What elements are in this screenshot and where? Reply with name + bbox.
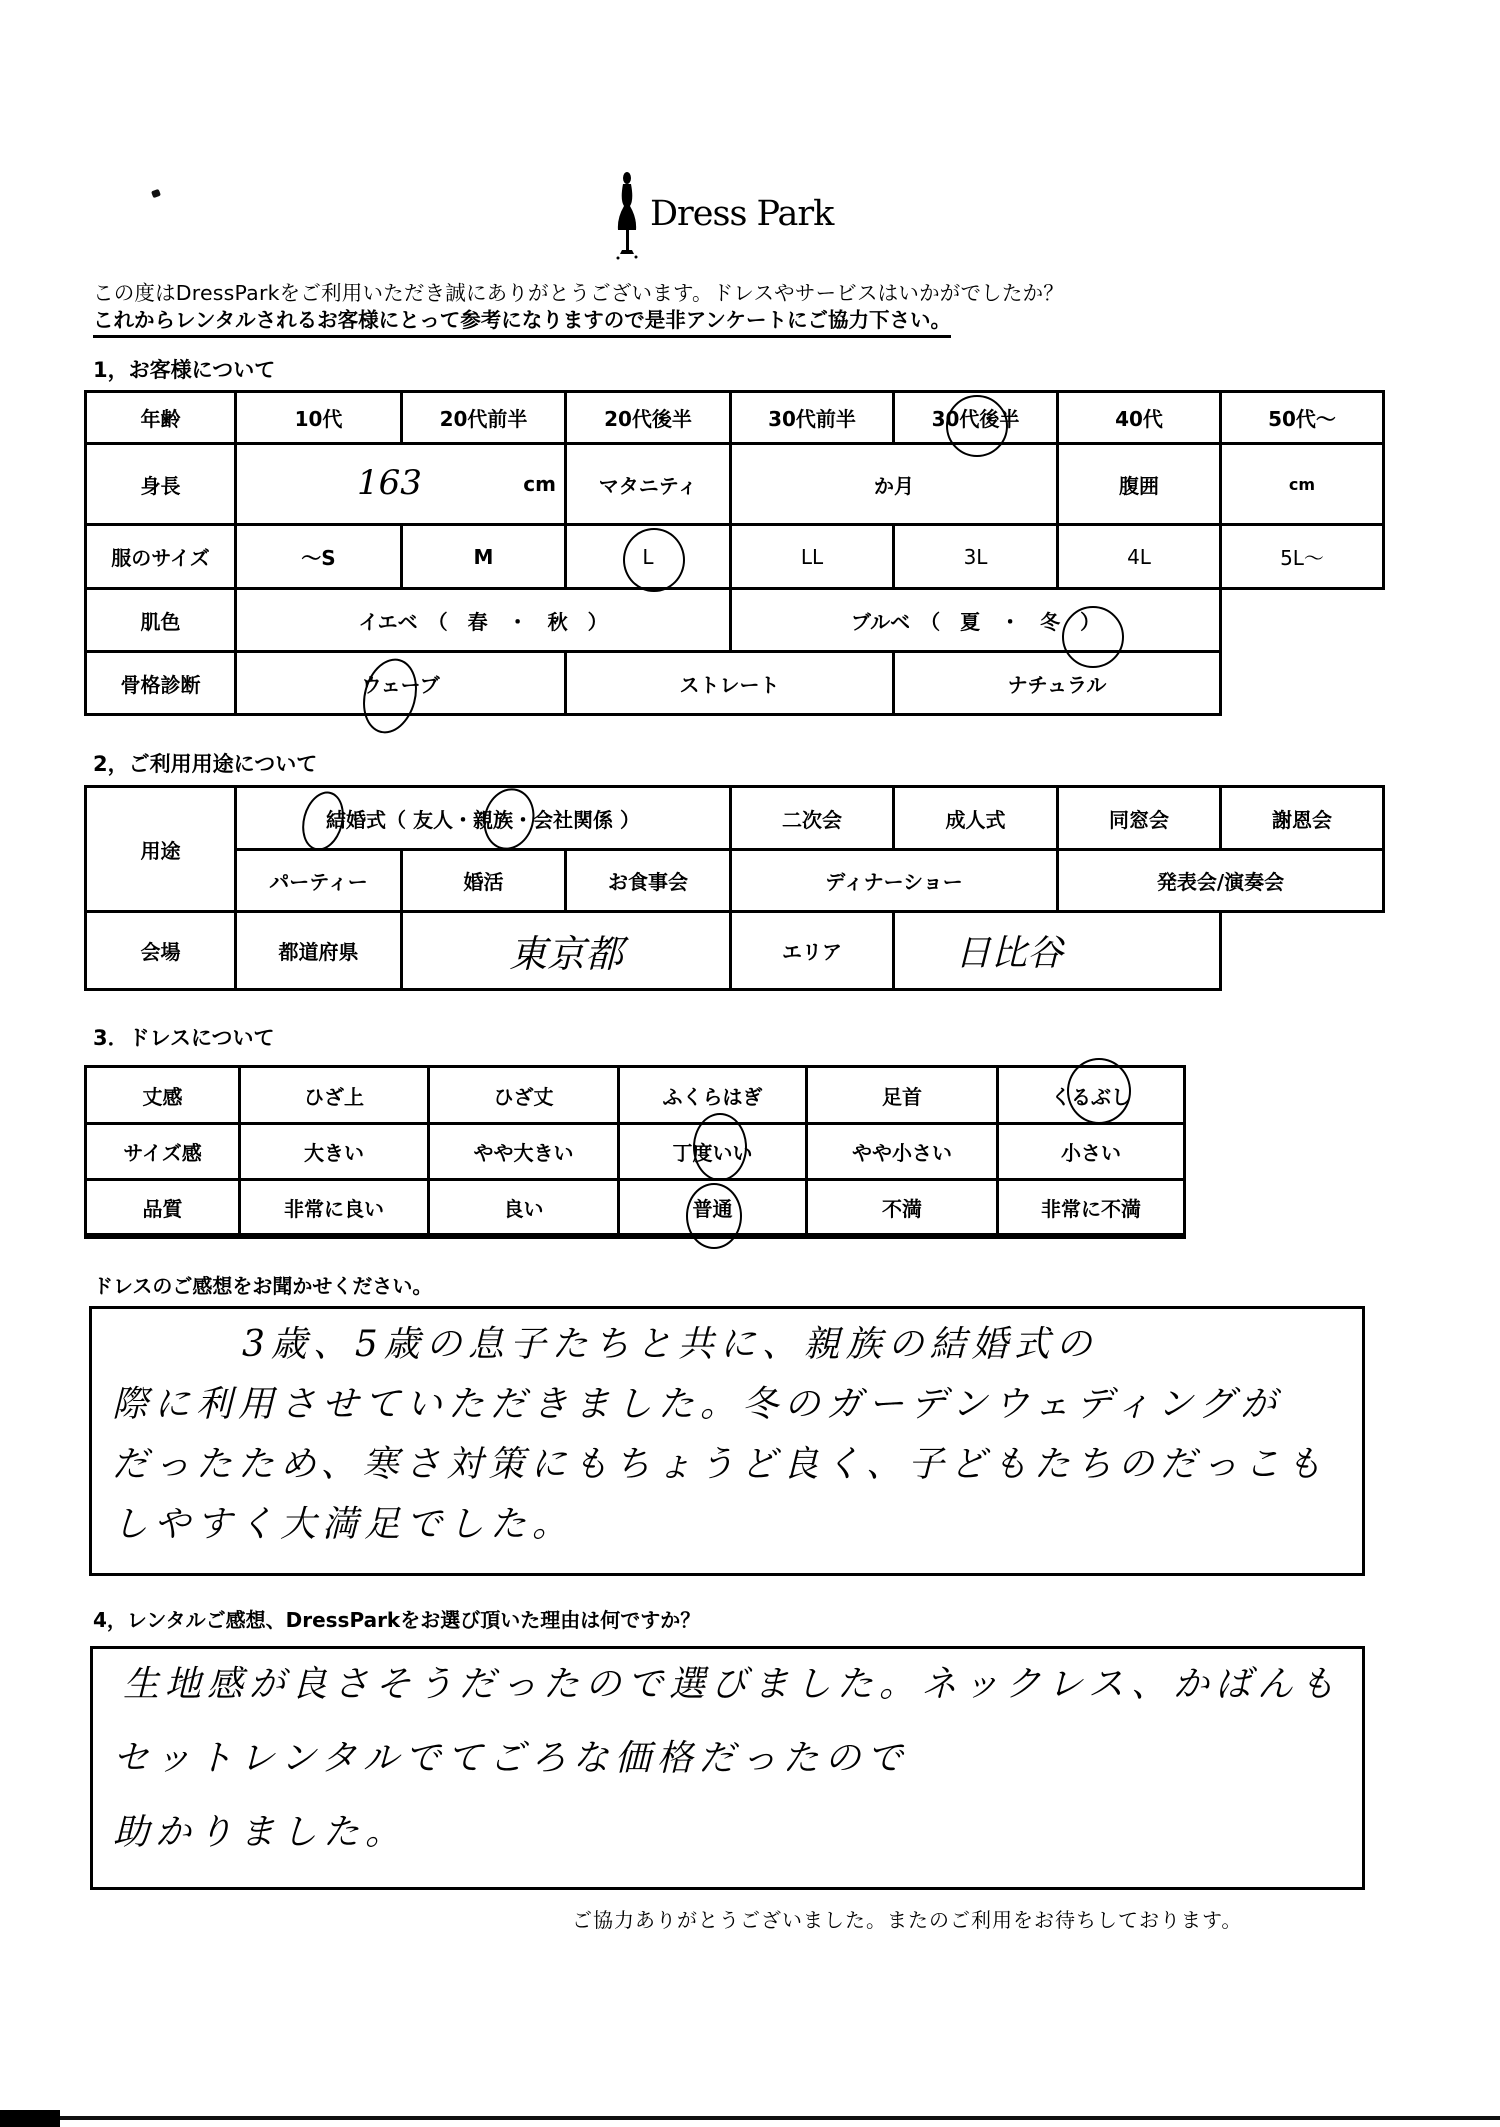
intro-text: この度はDressParkをご利用いただき誠にありがとうございます。ドレスやサー… xyxy=(93,276,1064,306)
size-option[interactable]: M xyxy=(400,523,567,590)
request-text: これからレンタルされるお客様にとって参考になりますので是非アンケートにご協力下さ… xyxy=(93,303,951,338)
length-option[interactable]: ひざ上 xyxy=(238,1065,430,1125)
section4-title: 4，レンタルご感想、DressParkをお選び頂いた理由は何ですか？ xyxy=(93,1604,700,1633)
fit-option[interactable]: 小さい xyxy=(996,1122,1186,1181)
length-option[interactable]: 足首 xyxy=(805,1065,999,1125)
length-option[interactable]: ふくらはぎ xyxy=(617,1065,808,1125)
purpose-option[interactable]: 二次会 xyxy=(729,785,895,851)
fit-option[interactable]: やや小さい xyxy=(805,1122,999,1181)
quality-option[interactable]: 非常に良い xyxy=(238,1178,430,1239)
age-option-selected[interactable]: 30代後半 xyxy=(892,390,1059,445)
skin-blue-option[interactable]: ブルベ （ 夏 ・ 冬 ） xyxy=(729,587,1222,653)
fit-option[interactable]: 大きい xyxy=(238,1122,430,1181)
age-option[interactable]: 20代後半 xyxy=(564,390,732,445)
fit-label: サイズ感 xyxy=(84,1122,241,1181)
dress-comment-box[interactable]: 3歳、5歳の息子たちと共に、親族の結婚式の 際に利用させていただきました。冬のガ… xyxy=(89,1306,1365,1576)
section2-title: 2，ご利用用途について xyxy=(93,748,317,778)
height-field[interactable]: 163 cm xyxy=(234,442,567,526)
length-option-selected[interactable]: くるぶし xyxy=(996,1065,1186,1125)
comment-line: だったため、寒さ対策にもちょうど良く、子どもたちのだっこも xyxy=(112,1437,1328,1493)
purpose-option[interactable]: ディナーショー xyxy=(729,848,1059,913)
purpose-option[interactable]: 発表会/演奏会 xyxy=(1056,848,1385,913)
frame-option[interactable]: ストレート xyxy=(564,650,895,716)
age-option[interactable]: 10代 xyxy=(234,390,403,445)
length-label: 丈感 xyxy=(84,1065,241,1125)
frame-option[interactable]: ナチュラル xyxy=(892,650,1222,716)
age-option[interactable]: 40代 xyxy=(1056,390,1222,445)
fit-option-selected[interactable]: 丁度いい xyxy=(617,1122,808,1181)
comment-line: しやすく大満足でした。 xyxy=(112,1497,574,1553)
dress-form-icon xyxy=(612,170,642,260)
purpose-option[interactable]: 同窓会 xyxy=(1056,785,1222,851)
section1-title: 1，お客様について xyxy=(93,354,275,384)
thank-you-footer: ご協力ありがとうございました。またのご利用をお待ちしております。 xyxy=(572,1904,1242,1933)
size-option[interactable]: ～S xyxy=(234,523,403,590)
size-option[interactable]: 3L xyxy=(892,523,1059,590)
size-label: 服のサイズ xyxy=(84,523,237,590)
height-value: 163 xyxy=(357,463,422,503)
quality-label: 品質 xyxy=(84,1178,241,1239)
purpose-option[interactable]: 謝恩会 xyxy=(1219,785,1385,851)
area-label: エリア xyxy=(729,910,895,991)
prefecture-field[interactable]: 東京都 xyxy=(400,910,732,991)
skin-label: 肌色 xyxy=(84,587,237,653)
purpose-label: 用途 xyxy=(84,785,237,913)
quality-option[interactable]: 非常に不満 xyxy=(996,1178,1186,1239)
quality-option[interactable]: 不満 xyxy=(805,1178,999,1239)
purpose-option[interactable]: お食事会 xyxy=(564,848,732,913)
maternity-field[interactable]: か月 xyxy=(729,442,1059,526)
scan-corner-artifact xyxy=(0,2110,60,2127)
brand-name: Dress Park xyxy=(650,194,833,234)
height-unit: cm xyxy=(523,472,556,496)
size-option[interactable]: 4L xyxy=(1056,523,1222,590)
purpose-option[interactable]: 成人式 xyxy=(892,785,1059,851)
area-value: 日比谷 xyxy=(955,925,1063,976)
venue-label: 会場 xyxy=(84,910,237,991)
purpose-option[interactable]: 婚活 xyxy=(400,848,567,913)
answer-line: セットレンタルでてごろな価格だったので xyxy=(113,1731,909,1787)
length-option[interactable]: ひざ丈 xyxy=(427,1065,620,1125)
prefecture-value: 東京都 xyxy=(509,923,623,978)
quality-option[interactable]: 良い xyxy=(427,1178,620,1239)
scan-edge-line xyxy=(0,2116,1500,2120)
answer-line: 助かりました。 xyxy=(113,1805,407,1861)
section3-title: 3．ドレスについて xyxy=(93,1022,275,1052)
size-option-selected[interactable]: L xyxy=(564,523,732,590)
area-field[interactable]: 日比谷 xyxy=(892,910,1222,991)
age-option[interactable]: 50代～ xyxy=(1219,390,1385,445)
fit-option[interactable]: やや大きい xyxy=(427,1122,620,1181)
frame-option-selected[interactable]: ウェーブ xyxy=(234,650,567,716)
age-option[interactable]: 20代前半 xyxy=(400,390,567,445)
size-option[interactable]: LL xyxy=(729,523,895,590)
waist-unit: cm xyxy=(1289,475,1315,494)
maternity-label: マタニティ xyxy=(564,442,732,526)
size-option[interactable]: 5L～ xyxy=(1219,523,1385,590)
frame-label: 骨格診断 xyxy=(84,650,237,716)
brand-logo: Dress Park xyxy=(612,170,852,260)
purpose-option[interactable]: パーティー xyxy=(234,848,403,913)
quality-option-selected[interactable]: 普通 xyxy=(617,1178,808,1239)
comment-line: 際に利用させていただきました。冬のガーデンウェディングが xyxy=(112,1377,1282,1433)
scan-speck xyxy=(151,189,161,198)
comment-line: 3歳、5歳の息子たちと共に、親族の結婚式の xyxy=(242,1317,1098,1373)
comment-prompt: ドレスのご感想をお聞かせください。 xyxy=(93,1270,432,1299)
prefecture-label: 都道府県 xyxy=(234,910,403,991)
age-option[interactable]: 30代前半 xyxy=(729,390,895,445)
waist-field[interactable]: cm xyxy=(1219,442,1385,526)
reason-answer-box[interactable]: 生地感が良さそうだったので選びました。ネックレス、かばんも セットレンタルでてご… xyxy=(90,1646,1365,1890)
skin-yellow-option[interactable]: イエベ （ 春 ・ 秋 ） xyxy=(234,587,732,653)
maternity-unit: か月 xyxy=(874,470,914,499)
height-label: 身長 xyxy=(84,442,237,526)
purpose-option-wedding[interactable]: 結婚式（ 友人・親族・会社関係 ） xyxy=(234,785,732,851)
waist-label: 腹囲 xyxy=(1056,442,1222,526)
answer-line: 生地感が良さそうだったので選びました。ネックレス、かばんも xyxy=(123,1657,1341,1713)
age-label: 年齢 xyxy=(84,390,237,445)
